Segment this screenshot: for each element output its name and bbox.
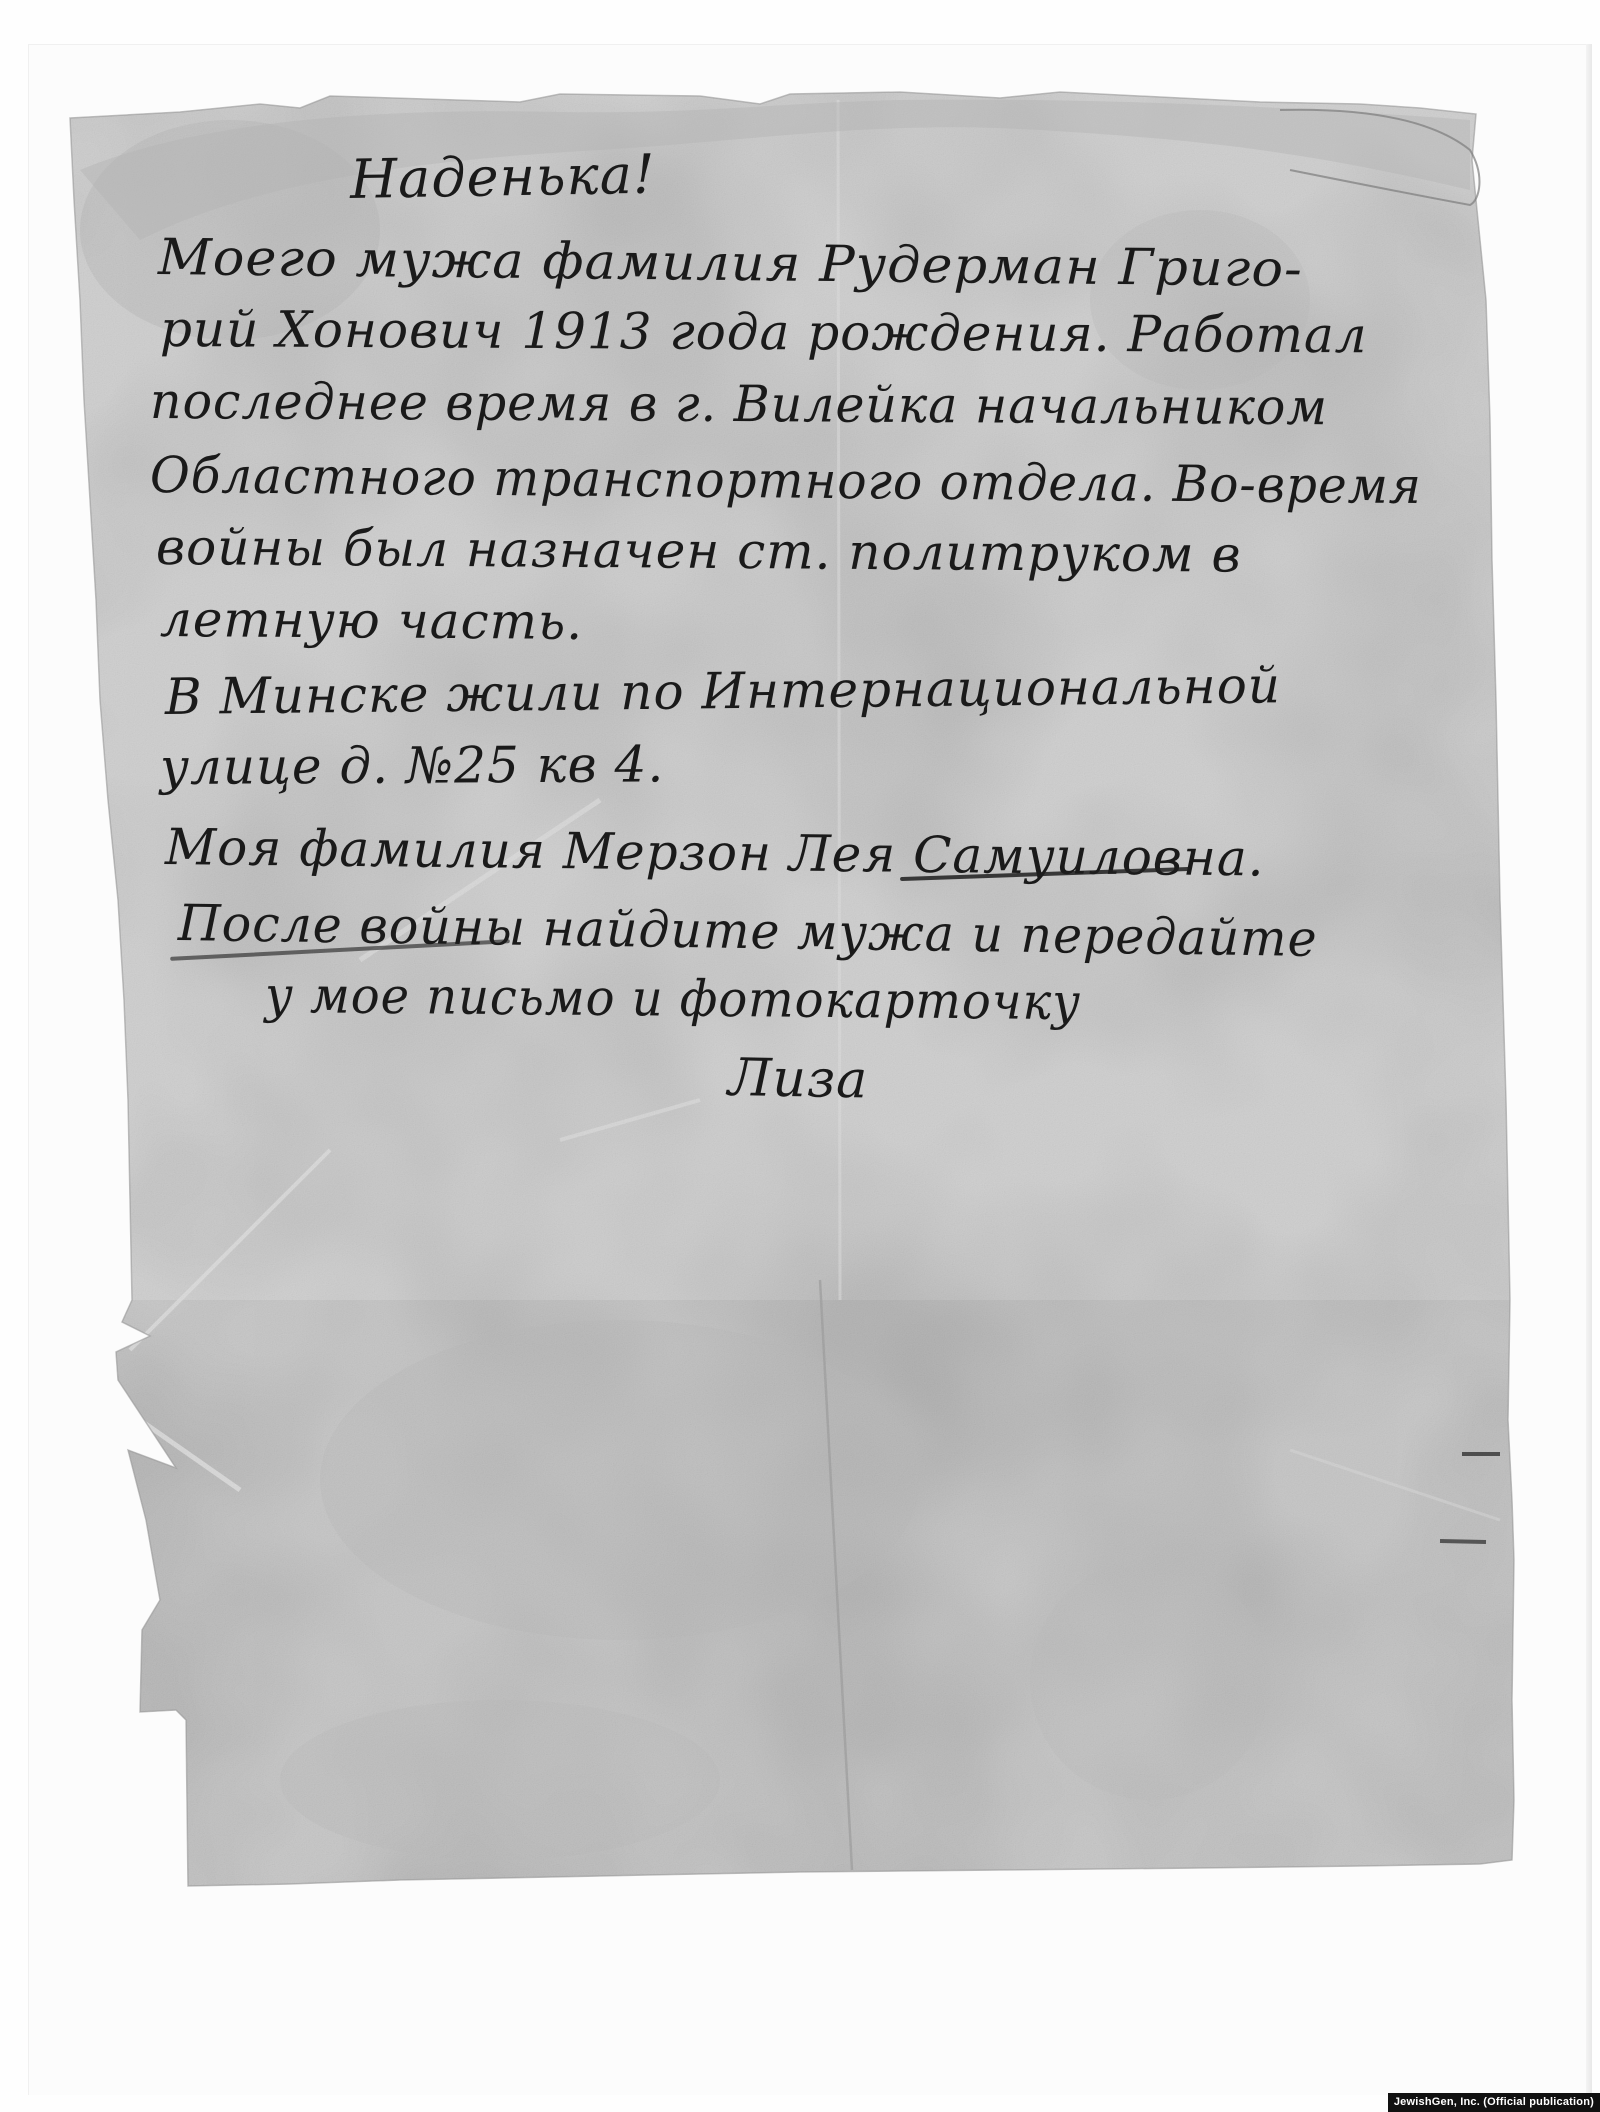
image-credit-badge: JewishGen, Inc. (Official publication)	[1388, 2093, 1600, 2112]
letter-line-8: улице д. №25 кв 4.	[160, 735, 665, 796]
letter-line-3: последнее время в г. Вилейка начальником	[150, 372, 1328, 436]
letter-body: Наденька! Моего мужа фамилия Рудерман Гр…	[0, 0, 1600, 2112]
letter-signature: Лиза	[727, 1048, 868, 1110]
letter-greeting: Наденька!	[349, 143, 656, 211]
letter-line-10: После войны найдите мужа и передайте	[178, 894, 1318, 968]
letter-line-7: В Минске жили по Интернациональной	[165, 656, 1282, 726]
letter-line-11: у мое письмо и фотокарточку	[265, 966, 1082, 1031]
letter-line-4: Областного транспортного отдела. Во-врем…	[150, 446, 1422, 515]
letter-line-5: войны был назначен ст. политруком в	[156, 518, 1242, 584]
letter-line-1: Моего мужа фамилия Рудерман Григо-	[158, 228, 1303, 298]
letter-line-6: летную часть.	[160, 590, 584, 651]
letter-line-2: рий Хонович 1913 года рождения. Работал	[160, 300, 1368, 364]
letter-line-9: Моя фамилия Мерзон Лея Самуиловна.	[165, 818, 1265, 888]
